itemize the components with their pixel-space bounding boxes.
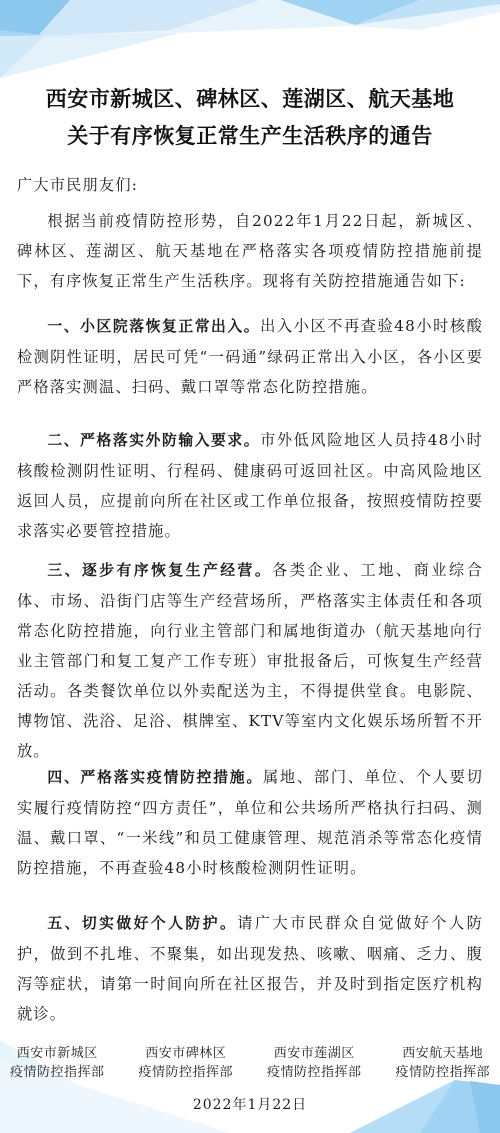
section-3-heading: 三、逐步有序恢复生产经营。 [47, 562, 272, 579]
intro-paragraph: 根据当前疫情防控形势，自2022年1月22日起，新城区、碑林区、莲湖区、航天基地… [17, 206, 483, 296]
signer-aerospace-base: 西安航天基地 疫情防控指挥部 [395, 1044, 490, 1082]
notice-title-line-1: 西安市新城区、碑林区、莲湖区、航天基地 [0, 83, 500, 113]
signer-name: 西安航天基地 [395, 1044, 490, 1063]
signer-dept: 疫情防控指挥部 [267, 1063, 362, 1082]
signer-dept: 疫情防控指挥部 [138, 1063, 233, 1082]
signatories: 西安市新城区 疫情防控指挥部 西安市碑林区 疫情防控指挥部 西安市莲湖区 疫情防… [10, 1044, 490, 1082]
signer-beilin: 西安市碑林区 疫情防控指挥部 [138, 1044, 233, 1082]
section-1-heading: 一、小区院落恢复正常出入。 [47, 318, 260, 335]
section-1: 一、小区院落恢复正常出入。出入小区不再查验48小时核酸检测阴性证明，居民可凭“一… [17, 311, 483, 402]
section-3-body: 各类企业、工地、商业综合体、市场、沿街门店等生产经营场所，严格落实主体责任和各项… [17, 561, 483, 760]
section-2: 二、严格落实外防输入要求。市外低风险地区人员持48小时核酸检测阴性证明、行程码、… [17, 425, 483, 546]
section-4-heading: 四、严格落实疫情防控措施。 [47, 769, 263, 786]
signer-dept: 疫情防控指挥部 [395, 1063, 490, 1082]
signer-lianhu: 西安市莲湖区 疫情防控指挥部 [267, 1044, 362, 1082]
section-5: 五、切实做好个人防护。请广大市民群众自觉做好个人防护，做到不扎堆、不聚集，如出现… [17, 908, 483, 1029]
section-2-heading: 二、严格落实外防输入要求。 [47, 432, 260, 449]
signer-dept: 疫情防控指挥部 [10, 1063, 105, 1082]
signer-xincheng: 西安市新城区 疫情防控指挥部 [10, 1044, 105, 1082]
section-4: 四、严格落实疫情防控措施。属地、部门、单位、个人要切实履行疫情防控“四方责任”，… [17, 762, 483, 883]
signer-name: 西安市莲湖区 [267, 1044, 362, 1063]
section-3: 三、逐步有序恢复生产经营。各类企业、工地、商业综合体、市场、沿街门店等生产经营场… [17, 555, 483, 766]
signer-name: 西安市碑林区 [138, 1044, 233, 1063]
signer-name: 西安市新城区 [10, 1044, 105, 1063]
notice-date: 2022年1月22日 [0, 1094, 500, 1114]
notice-title-line-2: 关于有序恢复正常生产生活秩序的通告 [0, 120, 500, 150]
section-5-heading: 五、切实做好个人防护。 [47, 915, 237, 932]
greeting: 广大市民朋友们: [17, 170, 483, 200]
